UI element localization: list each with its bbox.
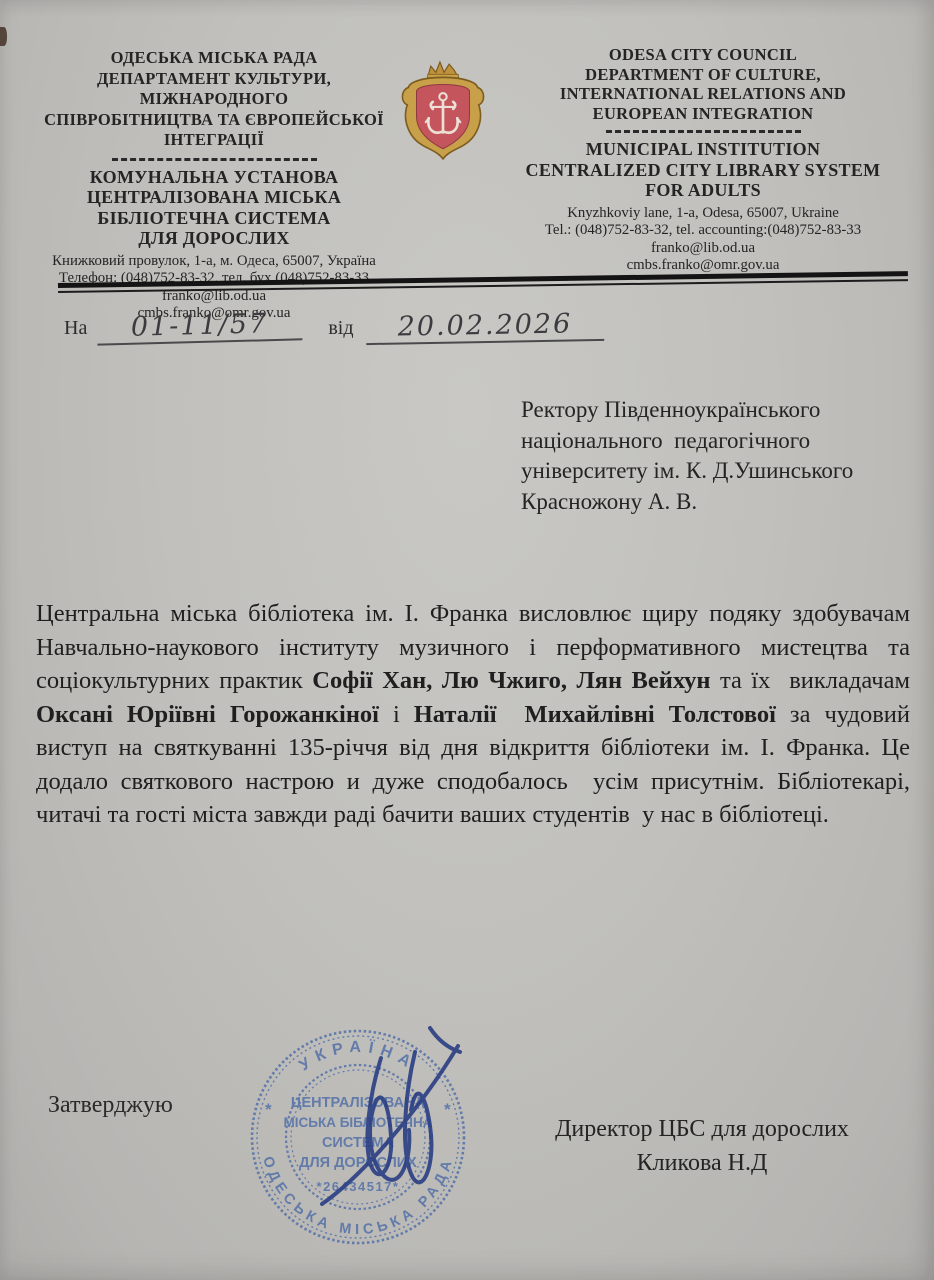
director-signature — [280, 1018, 520, 1238]
org-name-line-en: INTERNATIONAL RELATIONS AND — [498, 84, 908, 104]
reference-date-handwritten: 20.02.2026 — [397, 308, 572, 342]
letter-body: Центральна міська бібліотека ім. І. Фран… — [36, 597, 910, 832]
dashed-separator — [606, 130, 801, 133]
header-right-column: ODESA CITY COUNCIL DEPARTMENT OF CULTURE… — [498, 45, 908, 275]
director-title: Директор ЦБС для дорослих — [502, 1112, 902, 1146]
reference-na-label: На — [64, 317, 87, 339]
email-line: franko@lib.od.ua — [498, 240, 908, 258]
org-name-line-en: EUROPEAN INTEGRATION — [498, 104, 908, 124]
institution-name-line: ДЛЯ ДОРОСЛИХ — [28, 228, 400, 249]
org-name-line-en: ODESA CITY COUNCIL — [498, 45, 908, 65]
institution-name-line: ЦЕНТРАЛІЗОВАНА МІСЬКА — [28, 187, 400, 208]
stamp-star-left: * — [265, 1100, 272, 1119]
recipient-block: Ректору Південноукраїнського національно… — [521, 395, 911, 517]
org-name-line: ОДЕСЬКА МІСЬКА РАДА — [28, 48, 400, 69]
org-name-line: СПІВРОБІТНИЦТВА ТА ЄВРОПЕЙСЬКОЇ — [28, 110, 400, 131]
signature-icon — [280, 1018, 520, 1238]
recipient-line: Красножону А. В. — [521, 487, 911, 518]
reference-date-slot: 20.02.2026 — [365, 308, 604, 345]
reference-line: На 01-11/57 від 20.02.2026 — [64, 310, 684, 343]
approval-label: Затверджую — [48, 1092, 173, 1119]
odesa-coat-of-arms — [397, 58, 489, 162]
address-line-en: Knyzhkoviy lane, 1-a, Odesa, 65007, Ukra… — [498, 205, 908, 223]
institution-name-line-en: CENTRALIZED CITY LIBRARY SYSTEM — [498, 160, 908, 181]
institution-name-line: БІБЛІОТЕЧНА СИСТЕМА — [28, 208, 400, 229]
reference-number-slot: 01-11/57 — [97, 307, 303, 345]
signoff-block: Директор ЦБС для дорослих Кликова Н.Д — [502, 1112, 902, 1180]
body-segment: та їх викладачам — [711, 667, 917, 694]
body-segment-bold-teacher1: Оксані Юріївні Горожанкіної — [36, 701, 379, 728]
institution-name-line-en: MUNICIPAL INSTITUTION — [498, 139, 908, 160]
reference-vid-label: від — [328, 317, 353, 339]
scan-edge-mark — [0, 27, 7, 46]
institution-name-line: КОМУНАЛЬНА УСТАНОВА — [28, 167, 400, 188]
scanned-letter-page: ОДЕСЬКА МІСЬКА РАДА ДЕПАРТАМЕНТ КУЛЬТУРИ… — [0, 0, 934, 1280]
address-line: Книжковий провулок, 1-а, м. Одеса, 65007… — [28, 253, 400, 271]
dashed-separator — [112, 158, 317, 161]
body-segment-bold-students: Софії Хан, Лю Чжиго, Лян Вейхун — [312, 667, 710, 694]
recipient-line: національного педагогічного — [521, 426, 911, 457]
coat-of-arms-icon — [397, 58, 489, 162]
org-name-line: ДЕПАРТАМЕНТ КУЛЬТУРИ, МІЖНАРОДНОГО — [28, 69, 400, 110]
phone-line-en: Tel.: (048)752-83-32, tel. accounting:(0… — [498, 222, 908, 240]
institution-name-line-en: FOR ADULTS — [498, 180, 908, 201]
org-name-line: ІНТЕГРАЦІЇ — [28, 130, 400, 151]
recipient-line: університету ім. К. Д.Ушинського — [521, 456, 911, 487]
org-name-line-en: DEPARTMENT OF CULTURE, — [498, 65, 908, 85]
body-segment-bold-teacher2: Наталії Михайлівні Толстової — [414, 701, 776, 728]
director-name: Кликова Н.Д — [502, 1146, 902, 1180]
recipient-line: Ректору Південноукраїнського — [521, 395, 911, 426]
reference-number-handwritten: 01-11/57 — [131, 308, 269, 343]
body-segment: і — [379, 701, 414, 728]
